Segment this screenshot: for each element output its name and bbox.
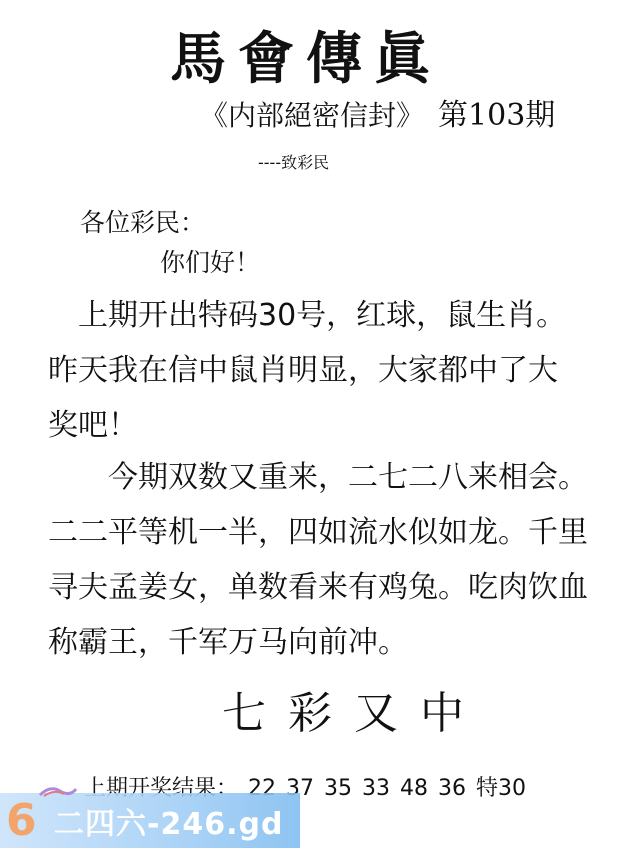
site-watermark: 6 二四六-246.gd — [0, 793, 300, 848]
paragraph-line: 二二平等机一半，四如流水似如龙。千里 — [48, 505, 628, 560]
letter-page: 馬會傳眞 《内部絕密信封》第103期 ----致彩民 各位彩民： 你们好！ 上期… — [0, 0, 640, 848]
result-number: 35 — [324, 776, 352, 801]
signoff: ----致彩民 — [258, 152, 329, 174]
greeting: 各位彩民： — [80, 206, 205, 240]
paragraph-line: 今期双数又重来，二七二八来相会。 — [48, 450, 628, 505]
paragraph-line: 上期开出特码30号，红球，鼠生肖。 — [48, 288, 608, 343]
result-number: 36 — [438, 776, 466, 801]
ribbon-icon — [38, 783, 78, 797]
hello-line: 你们好！ — [160, 246, 260, 280]
paragraph-last-result: 上期开出特码30号，红球，鼠生肖。 昨天我在信中鼠肖明显，大家都中了大 奖吧！ — [48, 288, 608, 453]
issue-number: 第103期 — [438, 98, 555, 133]
subtitle: 《内部絕密信封》第103期 — [200, 96, 555, 136]
paragraph-line: 称霸王，千军万马向前冲。 — [48, 615, 628, 670]
slogan: 七彩又中 — [222, 684, 486, 744]
paragraph-line: 奖吧！ — [48, 398, 608, 453]
paragraph-line: 昨天我在信中鼠肖明显，大家都中了大 — [48, 343, 608, 398]
result-number: 48 — [400, 776, 428, 801]
watermark-text: 二四六-246.gd — [54, 799, 283, 843]
page-title: 馬會傳眞 — [170, 24, 470, 94]
subtitle-bracket-text: 《内部絕密信封》 — [200, 99, 424, 132]
logo-six-icon: 6 — [6, 799, 36, 843]
paragraph-line: 寻夫孟姜女，单数看来有鸡兔。吃肉饮血 — [48, 560, 628, 615]
paragraph-prediction: 今期双数又重来，二七二八来相会。 二二平等机一半，四如流水似如龙。千里 寻夫孟姜… — [48, 450, 628, 670]
special-number: 特30 — [476, 776, 526, 801]
result-number: 33 — [362, 776, 390, 801]
